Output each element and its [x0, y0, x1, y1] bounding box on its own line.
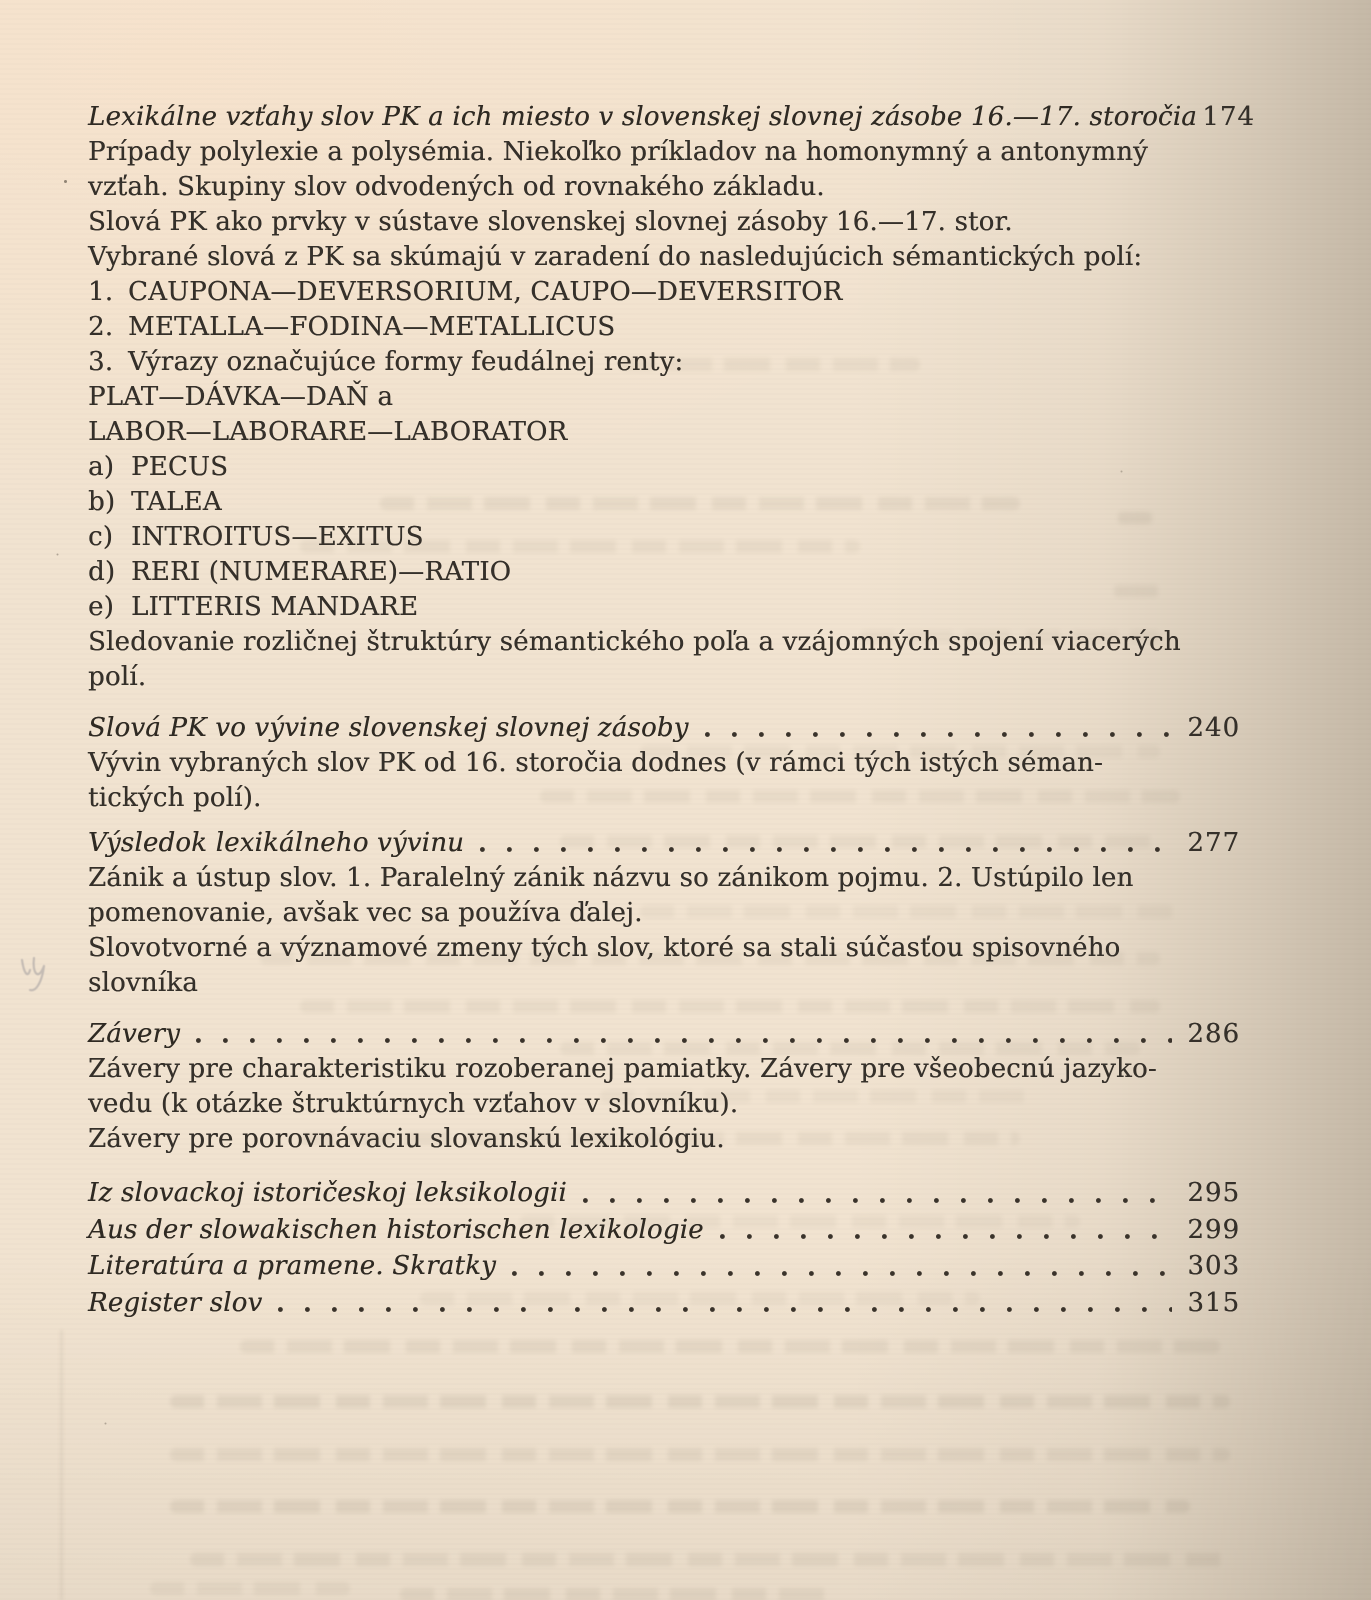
toc-section: Slová PK vo vývine slovenskej slovnej zá… — [88, 711, 1240, 816]
toc-entry: Literatúra a pramene. Skratky 303 — [88, 1248, 1240, 1285]
page-fold-shadow — [60, 1330, 63, 1600]
table-of-contents: Lexikálne vzťahy slov PK a ich miesto v … — [88, 100, 1240, 1321]
lettered-list-item: c) INTROITUS—EXITUS — [88, 520, 1240, 555]
toc-entry-page-number: 315 — [1182, 1285, 1240, 1322]
list-marker: d) — [88, 555, 131, 590]
list-item-text: Výrazy označujúce formy feudálnej renty: — [128, 345, 683, 380]
toc-entry-page-number: 295 — [1182, 1175, 1240, 1212]
annotation-line: polí. — [88, 660, 1240, 695]
scanned-book-page: Lexikálne vzťahy slov PK a ich miesto v … — [0, 0, 1371, 1600]
numbered-list-item: 3. Výrazy označujúce formy feudálnej ren… — [88, 345, 1240, 380]
toc-entry: Lexikálne vzťahy slov PK a ich miesto v … — [88, 100, 1240, 135]
list-item-text: LITTERIS MANDARE — [131, 590, 418, 625]
list-item-text: TALEA — [131, 485, 222, 520]
list-marker: 1. — [88, 275, 128, 310]
dot-leader — [512, 1269, 1172, 1278]
annotation-line: Prípady polylexie a polysémia. Niekoľko … — [88, 135, 1240, 170]
toc-section: Lexikálne vzťahy slov PK a ich miesto v … — [88, 100, 1240, 695]
list-item-text: METALLA—FODINA—METALLICUS — [128, 310, 615, 345]
annotation-line: Zánik a ústup slov. 1. Paralelný zánik n… — [88, 861, 1240, 896]
list-item-text: INTROITUS—EXITUS — [131, 520, 424, 555]
dot-leader — [278, 1305, 1172, 1314]
toc-entry-title: Závery — [88, 1017, 180, 1052]
annotation-paragraph: Závery pre charakteristiku rozoberanej p… — [88, 1052, 1240, 1122]
annotation-paragraph: Slovotvorné a významové zmeny tých slov,… — [88, 931, 1240, 1001]
numbered-list-item: 1. CAUPONA—DEVERSORIUM, CAUPO—DEVERSITOR — [88, 275, 1240, 310]
list-marker: b) — [88, 485, 131, 520]
toc-entry-page-number: 277 — [1182, 826, 1240, 861]
list-item-text: CAUPONA—DEVERSORIUM, CAUPO—DEVERSITOR — [128, 275, 842, 310]
lettered-list-item: a) PECUS — [88, 450, 1240, 485]
toc-entry-page-number: 174 — [1197, 100, 1255, 135]
annotation-line: tických polí). — [88, 781, 1240, 816]
list-item-continuation: PLAT—DÁVKA—DAŇ a LABOR—LABORARE—LABORATO… — [88, 380, 1240, 450]
annotation-line: Vybrané slová z PK sa skúmajú v zaradení… — [88, 240, 1240, 275]
toc-section: Výsledok lexikálneho vývinu 277 Zánik a … — [88, 826, 1240, 1001]
list-marker: a) — [88, 450, 131, 485]
list-marker: 2. — [88, 310, 128, 345]
annotation-line: Vývin vybraných slov PK od 16. storočia … — [88, 746, 1240, 781]
ink-specks — [64, 180, 67, 183]
annotation-paragraph: Vybrané slová z PK sa skúmajú v zaradení… — [88, 240, 1240, 275]
annotation-line: Sledovanie rozličnej štruktúry sémantick… — [88, 625, 1240, 660]
dot-leader — [583, 1196, 1172, 1205]
list-item-text: PECUS — [131, 450, 228, 485]
list-item-text: RERI (NUMERARE)—RATIO — [131, 555, 511, 590]
toc-entry-page-number: 286 — [1182, 1017, 1240, 1052]
toc-entry-title: Aus der slowakischen historischen lexiko… — [88, 1212, 704, 1249]
dot-leader — [705, 730, 1172, 739]
annotation-paragraph: Prípady polylexie a polysémia. Niekoľko … — [88, 135, 1240, 205]
dot-leader — [196, 1036, 1172, 1045]
list-marker: c) — [88, 520, 131, 555]
list-item-text: PLAT—DÁVKA—DAŇ a — [88, 380, 1240, 415]
toc-entry-title: Literatúra a pramene. Skratky — [88, 1248, 496, 1285]
toc-entry: Výsledok lexikálneho vývinu 277 — [88, 826, 1240, 861]
annotation-line: vzťah. Skupiny slov odvodených od rovnak… — [88, 170, 1240, 205]
toc-entry-title: Register slov — [88, 1285, 262, 1322]
annotation-line: slovníka — [88, 966, 1240, 1001]
numbered-list-item: 2. METALLA—FODINA—METALLICUS — [88, 310, 1240, 345]
annotation-paragraph: Sledovanie rozličnej štruktúry sémantick… — [88, 625, 1240, 695]
toc-entry-title: Lexikálne vzťahy slov PK a ich miesto v … — [88, 100, 1197, 135]
annotation-line: Slovotvorné a významové zmeny tých slov,… — [88, 931, 1240, 966]
toc-entry: Slová PK vo vývine slovenskej slovnej zá… — [88, 711, 1240, 746]
toc-entry-page-number: 303 — [1182, 1248, 1240, 1285]
toc-entry-page-number: 240 — [1182, 711, 1240, 746]
toc-section: Závery 286 Závery pre charakteristiku ro… — [88, 1017, 1240, 1157]
toc-entry-page-number: 299 — [1182, 1212, 1240, 1249]
dot-leader — [480, 845, 1172, 854]
dot-leader — [720, 1232, 1172, 1241]
annotation-line: Závery pre charakteristiku rozoberanej p… — [88, 1052, 1240, 1087]
annotation-line: Slová PK ako prvky v sústave slovenskej … — [88, 205, 1240, 240]
annotation-line: Závery pre porovnávaciu slovanskú lexiko… — [88, 1122, 1240, 1157]
toc-entry: Závery 286 — [88, 1017, 1240, 1052]
pencil-mark — [14, 948, 84, 998]
annotation-paragraph: Vývin vybraných slov PK od 16. storočia … — [88, 746, 1240, 816]
toc-entry-title: Výsledok lexikálneho vývinu — [88, 826, 464, 861]
lettered-list-item: d) RERI (NUMERARE)—RATIO — [88, 555, 1240, 590]
annotation-line: vedu (k otázke štruktúrnych vzťahov v sl… — [88, 1087, 1240, 1122]
toc-entry-title: Iz slovackoj istoričeskoj leksikologii — [88, 1175, 567, 1212]
list-marker: 3. — [88, 345, 128, 380]
list-item-text: LABOR—LABORARE—LABORATOR — [88, 415, 1240, 450]
list-marker: e) — [88, 590, 131, 625]
toc-entry: Iz slovackoj istoričeskoj leksikologii 2… — [88, 1175, 1240, 1212]
annotation-paragraph: Slová PK ako prvky v sústave slovenskej … — [88, 205, 1240, 240]
lettered-list-item: b) TALEA — [88, 485, 1240, 520]
toc-closing-entries: Iz slovackoj istoričeskoj leksikologii 2… — [88, 1175, 1240, 1321]
toc-entry: Aus der slowakischen historischen lexiko… — [88, 1212, 1240, 1249]
annotation-paragraph: Zánik a ústup slov. 1. Paralelný zánik n… — [88, 861, 1240, 931]
toc-entry-title: Slová PK vo vývine slovenskej slovnej zá… — [88, 711, 689, 746]
lettered-list-item: e) LITTERIS MANDARE — [88, 590, 1240, 625]
annotation-line: pomenovanie, avšak vec sa používa ďalej. — [88, 896, 1240, 931]
annotation-paragraph: Závery pre porovnávaciu slovanskú lexiko… — [88, 1122, 1240, 1157]
toc-entry: Register slov 315 — [88, 1285, 1240, 1322]
